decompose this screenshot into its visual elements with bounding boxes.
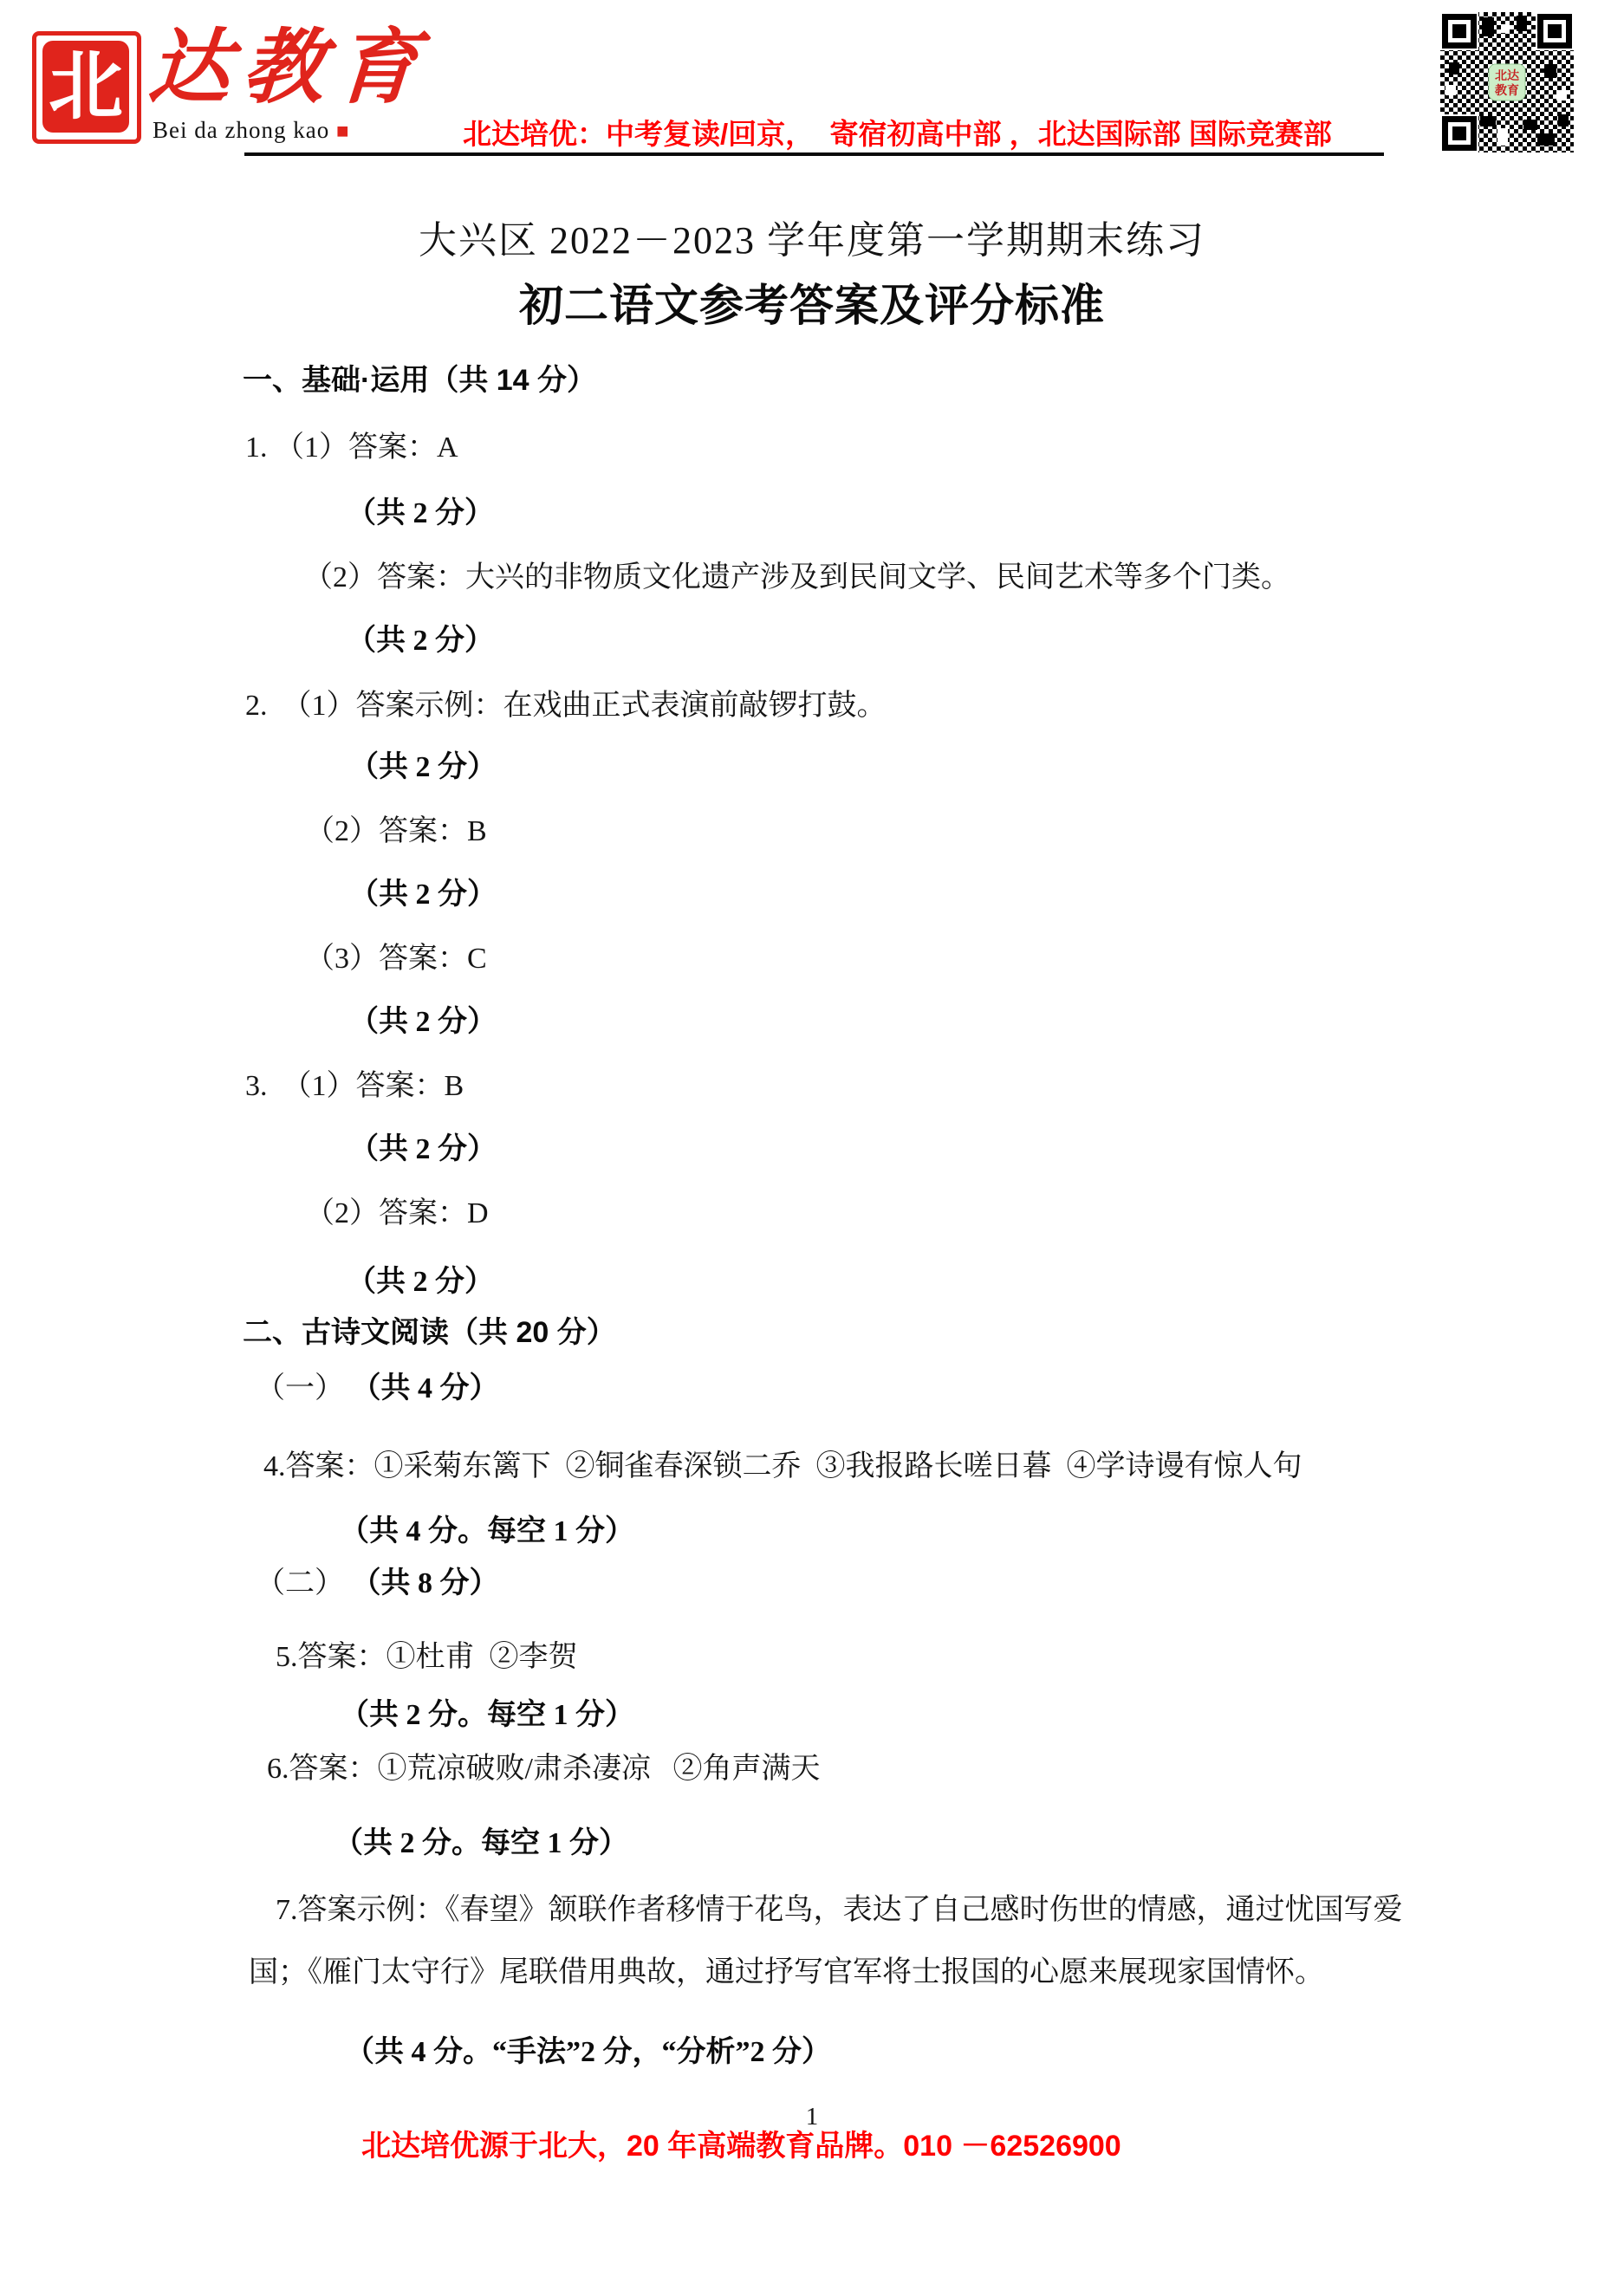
score-note: （共 2 分。每空 1 分） [334, 1825, 628, 1863]
answer-line-q2-1: 2. （1）答案示例：在戏曲正式表演前敲锣打鼓。 [245, 687, 887, 725]
answer-line-q4: 4.答案：①采菊东篱下 ②铜雀春深锁二乔 ③我报路长嗟日暮 ④学诗谩有惊人句 [263, 1448, 1302, 1486]
document-subtitle: 初二语文参考答案及评分标准 [0, 281, 1624, 331]
subsection-number: （二） [256, 1567, 352, 1599]
answer-line-q5: 5.答案：①杜甫 ②李贺 [276, 1638, 578, 1677]
score-note: （共 4 分。“手法”2 分，“分析”2 分） [345, 2033, 831, 2072]
score-note: （共 2 分） [349, 1131, 497, 1169]
answer-line-q1-2: （2）答案：大兴的非物质文化遗产涉及到民间文学、民间艺术等多个门类。 [303, 559, 1290, 597]
subsection-label-1: （一） （共 4 分） [256, 1370, 499, 1408]
subsection-score: （共 4 分） [352, 1372, 499, 1404]
qr-finder-tl [1440, 12, 1478, 50]
logo-calligraphy: 达教育 [146, 24, 560, 111]
answer-line-q1-1: 1. （1）答案：A [245, 429, 458, 467]
score-note: （共 2 分） [347, 622, 494, 660]
logo-seal-inner: 北 [42, 41, 129, 133]
qr-finder-bl [1440, 114, 1478, 152]
qr-center-label: 北达 教育 [1489, 64, 1525, 101]
footer-slogan: 北达培优源于北大，20 年高端教育品牌。010 －62526900 [361, 2128, 1121, 2164]
logo-caption: Bei da zhong kao ■ [153, 116, 349, 146]
subsection-label-2: （二） （共 8 分） [256, 1565, 499, 1603]
document-title: 大兴区 2022－2023 学年度第一学期期末练习 [0, 218, 1624, 263]
brand-square-icon: ■ [336, 120, 350, 143]
score-note: （共 4 分。每空 1 分） [340, 1513, 634, 1551]
score-note: （共 2 分） [349, 749, 497, 787]
answer-line-q3-1: 3. （1）答案：B [245, 1067, 464, 1106]
qr-code: 北达 教育 [1440, 12, 1574, 152]
subsection-score: （共 8 分） [352, 1567, 499, 1599]
answer-line-q2-3: （3）答案：C [305, 940, 487, 978]
answer-line-q3-2: （2）答案：D [305, 1195, 489, 1233]
qr-finder-tr [1536, 12, 1574, 50]
section-heading-poetry: 二、古诗文阅读（共 20 分） [243, 1313, 616, 1352]
section-heading-basics: 一、基础·运用（共 14 分） [243, 361, 596, 399]
score-note: （共 2 分。每空 1 分） [340, 1696, 634, 1735]
answer-line-q2-2: （2）答案：B [305, 813, 487, 851]
logo-caption-text: Bei da zhong kao [153, 117, 336, 143]
qr-label-line2: 教育 [1494, 83, 1519, 98]
answer-line-q7-part1: 7.答案示例：《春望》颔联作者移情于花鸟，表达了自己感时伤世的情感，通过忧国写爱 [276, 1891, 1403, 1930]
answer-line-q7-part2: 国；《雁门太守行》尾联借用典故，通过抒写官军将士报国的心愿来展现家国情怀。 [249, 1954, 1324, 1992]
score-note: （共 2 分） [347, 495, 494, 533]
logo-seal: 北 [32, 31, 141, 144]
score-note: （共 2 分） [347, 1263, 494, 1301]
header-divider [244, 152, 1384, 156]
logo-seal-character: 北 [49, 49, 123, 124]
answer-line-q6: 6.答案：①荒凉破败/肃杀凄凉 ②角声满天 [267, 1750, 820, 1788]
subsection-number: （一） [256, 1372, 352, 1404]
score-note: （共 2 分） [349, 1003, 497, 1041]
document-page: 北 达教育 Bei da zhong kao ■ 北达培优：中考复读/回京， 寄… [0, 0, 1624, 2296]
score-note: （共 2 分） [349, 876, 497, 914]
qr-label-line1: 北达 [1495, 68, 1519, 83]
header-tagline: 北达培优：中考复读/回京， 寄宿初高中部 ，北达国际部 国际竞赛部 [463, 117, 1332, 152]
